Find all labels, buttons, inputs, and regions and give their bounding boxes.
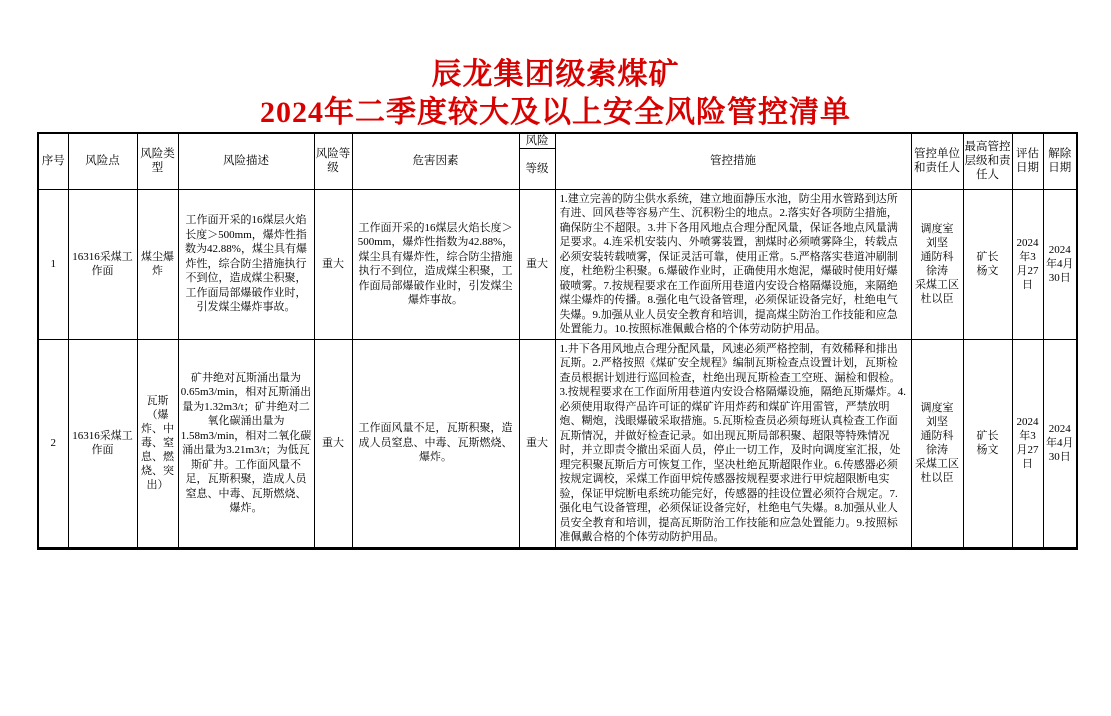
cell-eval-date: 2024年3月27日 [1012,339,1043,548]
header-seq: 序号 [38,133,68,189]
cell-risk-point: 16316采煤工作面 [68,189,137,339]
header-risk-desc: 风险描述 [178,133,314,189]
cell-risk-level-2: 重大 [519,339,555,548]
header-highest-level: 最高管控层级和责任人 [963,133,1012,189]
header-risk-level-2-top: 风险 [520,134,555,149]
cell-risk-type: 瓦斯（爆炸、中毒、窒息、燃烧、突出） [137,339,178,548]
cell-eval-date: 2024年3月27日 [1012,189,1043,339]
header-risk-level-2-bottom: 等级 [520,149,555,188]
cell-highest-level: 矿长 杨文 [963,339,1012,548]
risk-control-table: 序号 风险点 风险类型 风险描述 风险等级 危害因素 风险 等级 管控措施 管控… [37,132,1078,550]
header-hazard: 危害因素 [352,133,519,189]
cell-measures: 1.井下各用风地点合理分配风量，风速必须严格控制，有效稀释和排出瓦斯。2.严格按… [555,339,911,548]
cell-risk-desc: 工作面开采的16煤层火焰长度＞500mm，爆炸性指数为42.88%，煤尘具有爆炸… [178,189,314,339]
title-line-1: 辰龙集团级索煤矿 [0,56,1111,94]
header-control-unit: 管控单位和责任人 [911,133,963,189]
document-title: 辰龙集团级索煤矿 2024年二季度较大及以上安全风险管控清单 [0,56,1111,132]
cell-release-date: 2024年4月30日 [1043,189,1077,339]
title-line-2: 2024年二季度较大及以上安全风险管控清单 [0,94,1111,132]
cell-highest-level: 矿长 杨文 [963,189,1012,339]
cell-control-unit: 调度室 刘坚 通防科 徐涛 采煤工区 杜以臣 [911,339,963,548]
cell-seq: 2 [38,339,68,548]
cell-risk-point: 16316采煤工作面 [68,339,137,548]
header-eval-date: 评估日期 [1012,133,1043,189]
cell-release-date: 2024年4月30日 [1043,339,1077,548]
cell-risk-level: 重大 [314,189,352,339]
header-release-date: 解除日期 [1043,133,1077,189]
cell-measures: 1.建立完善的防尘供水系统，建立地面静压水池，防尘用水管路到达所有进、回风巷等容… [555,189,911,339]
cell-seq: 1 [38,189,68,339]
cell-risk-level-2: 重大 [519,189,555,339]
table-row: 2 16316采煤工作面 瓦斯（爆炸、中毒、窒息、燃烧、突出） 矿井绝对瓦斯涌出… [38,339,1077,548]
cell-hazard: 工作面风量不足，瓦斯积聚，造成人员窒息、中毒、瓦斯燃烧、爆炸。 [352,339,519,548]
document-page: 辰龙集团级索煤矿 2024年二季度较大及以上安全风险管控清单 序号 风险点 风险… [0,0,1111,716]
table-row: 1 16316采煤工作面 煤尘爆炸 工作面开采的16煤层火焰长度＞500mm，爆… [38,189,1077,339]
cell-risk-level: 重大 [314,339,352,548]
header-measures: 管控措施 [555,133,911,189]
table-header-row: 序号 风险点 风险类型 风险描述 风险等级 危害因素 风险 等级 管控措施 管控… [38,133,1077,189]
cell-control-unit: 调度室 刘坚 通防科 徐涛 采煤工区 杜以臣 [911,189,963,339]
header-risk-type: 风险类型 [137,133,178,189]
cell-hazard: 工作面开采的16煤层火焰长度＞500mm，爆炸性指数为42.88%，煤尘具有爆炸… [352,189,519,339]
cell-risk-type: 煤尘爆炸 [137,189,178,339]
cell-risk-desc: 矿井绝对瓦斯涌出量为0.65m3/min，相对瓦斯涌出量为1.32m3/t；矿井… [178,339,314,548]
header-risk-level-2: 风险 等级 [519,133,555,189]
header-risk-point: 风险点 [68,133,137,189]
header-risk-level: 风险等级 [314,133,352,189]
